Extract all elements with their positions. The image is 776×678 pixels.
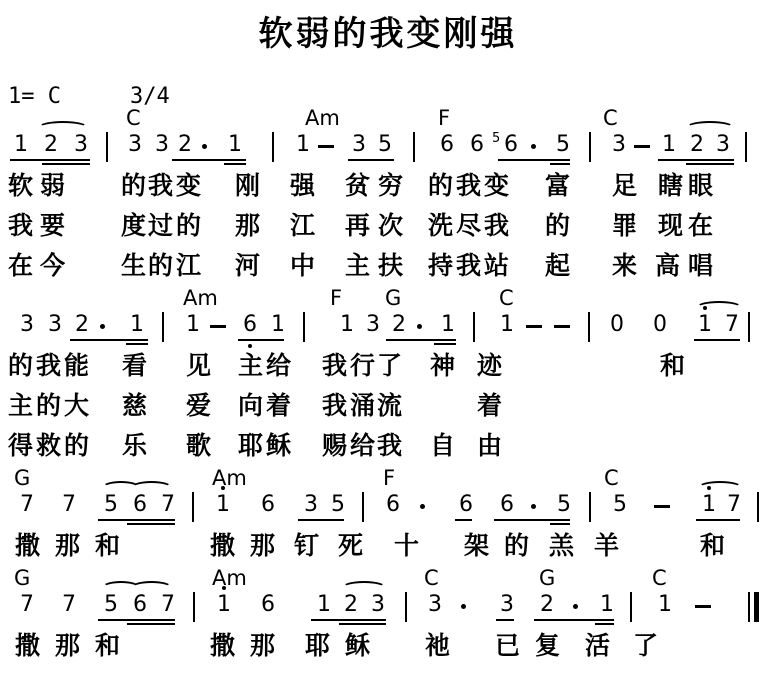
lyric-char: 那 — [55, 634, 80, 659]
lyric-char: 和 — [95, 634, 120, 659]
note-digit: 3 — [128, 134, 142, 156]
beam-underline — [339, 623, 386, 625]
note-digit: 1 — [340, 314, 354, 336]
note-digit: 1 — [228, 134, 242, 156]
lyric-char: 我 — [377, 434, 402, 459]
octave-dot-above — [221, 486, 225, 490]
note-digit: 6 — [261, 494, 275, 516]
chord-label: Am — [212, 468, 247, 489]
barline — [272, 132, 274, 162]
note-digit: 1 — [14, 134, 28, 156]
barline — [757, 492, 759, 522]
chord-label: F — [330, 288, 342, 309]
note-digit: 3 — [612, 134, 626, 156]
barline — [303, 312, 305, 342]
lyric-char: 我 — [456, 174, 481, 199]
beam-underline — [595, 623, 614, 625]
barline — [473, 312, 475, 342]
note-digit: 1 — [296, 134, 310, 156]
octave-dot-above — [222, 586, 226, 590]
chord-label: C — [126, 108, 141, 129]
lyric-char: 我 — [322, 394, 347, 419]
lyric-char: 那 — [235, 214, 260, 239]
note-digit: 5 — [557, 494, 571, 516]
lyric-char: 慈 — [122, 394, 147, 419]
beam-underline — [694, 339, 740, 341]
lyric-row-2: 主的大慈爱向着我涌流着 — [0, 388, 776, 428]
lyric-char: 稣 — [266, 434, 291, 459]
notation-row: 7756716356665517 — [0, 492, 776, 528]
note-digit: 6 — [500, 494, 514, 516]
note-digit: 3 — [74, 134, 88, 156]
note-digit: 5 — [104, 494, 118, 516]
lyric-char: 能 — [64, 354, 89, 379]
lyric-char: 软 — [8, 174, 33, 199]
note-digit: 5 — [378, 134, 392, 156]
duration-dot — [202, 144, 207, 149]
lyric-char: 钉 — [294, 534, 319, 559]
lyric-char: 涌 — [350, 394, 375, 419]
lyric-char: 十 — [394, 534, 419, 559]
lyric-char: 我 — [484, 214, 509, 239]
lyric-char: 给 — [266, 354, 291, 379]
lyric-char: 变 — [484, 174, 509, 199]
note-digit: 0 — [610, 314, 624, 336]
barline — [106, 132, 108, 162]
note-digit: 1 — [441, 314, 455, 336]
note-digit: 6 — [386, 494, 400, 516]
lyric-char: 洗 — [428, 214, 453, 239]
beam-underline — [42, 163, 90, 165]
chord-label: Am — [212, 568, 247, 589]
lyric-char: 的 — [36, 394, 61, 419]
lyric-char: 了 — [377, 354, 402, 379]
sustain-dash — [526, 325, 542, 328]
note-digit: 2 — [178, 134, 192, 156]
note-digit: 1 — [217, 594, 231, 616]
lyric-char: 站 — [484, 254, 509, 279]
chord-row: CAmFC — [0, 108, 776, 132]
barline — [589, 492, 591, 522]
lyric-char: 爱 — [186, 394, 211, 419]
note-digit: 3 — [48, 314, 62, 336]
beam-underline — [10, 159, 90, 161]
note-digit: 6 — [504, 134, 518, 156]
note-digit: 2 — [75, 314, 89, 336]
chord-label: C — [603, 108, 618, 129]
lyric-char: 贫 — [345, 174, 370, 199]
lyric-char: 的 — [545, 214, 570, 239]
lyric-char: 向 — [238, 394, 263, 419]
duration-dot — [100, 324, 105, 329]
lyric-char: 主 — [8, 394, 33, 419]
beam-underline — [455, 519, 472, 521]
barline — [745, 132, 747, 162]
note-digit: 1 — [600, 594, 614, 616]
lyric-char: 的 — [64, 434, 89, 459]
chord-label: Am — [305, 108, 340, 129]
lyric-char: 河 — [235, 254, 260, 279]
lyric-char: 死 — [338, 534, 363, 559]
lyric-char: 主 — [238, 354, 263, 379]
sustain-dash — [554, 325, 570, 328]
final-barline-thick — [754, 592, 759, 622]
lyric-char: 江 — [176, 254, 201, 279]
lyric-char: 撒 — [15, 534, 40, 559]
lyric-char: 赐 — [322, 434, 347, 459]
note-digit: 1 — [317, 594, 331, 616]
lyric-row-1: 的我能看见主给我行了神迹和 — [0, 348, 776, 388]
chord-label: G — [385, 288, 401, 309]
note-digit: 7 — [62, 494, 76, 516]
lyric-char: 的 — [428, 174, 453, 199]
chord-label: G — [14, 568, 30, 589]
chord-label: C — [652, 568, 667, 589]
sustain-dash — [318, 145, 334, 148]
sustain-dash — [210, 325, 226, 328]
lyric-char: 眼 — [688, 174, 713, 199]
lyric-char: 我 — [8, 214, 33, 239]
lyric-char: 那 — [250, 634, 275, 659]
system-1: CAmFC1233321135665653123软弱的我变刚强贫穷的我变富足瞎眼… — [0, 108, 776, 288]
lyric-char: 罪 — [612, 214, 637, 239]
lyric-char: 和 — [700, 534, 725, 559]
note-digit: 7 — [725, 314, 739, 336]
duration-dot — [573, 604, 578, 609]
lyric-char: 神 — [430, 354, 455, 379]
grace-note-digit: 5 — [492, 132, 500, 145]
note-digit: 1 — [216, 494, 230, 516]
lyric-char: 耶 — [238, 434, 263, 459]
note-digit: 1 — [702, 494, 716, 516]
beam-underline — [494, 519, 570, 521]
beam-underline — [348, 159, 394, 161]
lyric-char: 高 — [655, 254, 680, 279]
lyric-row-2: 我要度过的那江再次洗尽我的罪现在 — [0, 208, 776, 248]
note-digit: 6 — [470, 134, 484, 156]
beam-underline — [224, 163, 246, 165]
lyric-char: 大 — [64, 394, 89, 419]
note-digit: 3 — [716, 134, 730, 156]
beam-underline — [298, 519, 344, 521]
note-digit: 1 — [698, 314, 712, 336]
sheet-music-page: 软弱的我变刚强 1= C 3/4 CAmFC123332113566565312… — [0, 0, 776, 678]
lyric-char: 来 — [612, 254, 637, 279]
note-digit: 3 — [20, 314, 34, 336]
note-digit: 3 — [366, 314, 380, 336]
lyric-row-3: 在今生的江河中主扶持我站起来高唱 — [0, 248, 776, 288]
lyric-char: 架 — [464, 534, 489, 559]
lyric-char: 江 — [290, 214, 315, 239]
lyric-char: 中 — [290, 254, 315, 279]
lyric-char: 耶 — [305, 634, 330, 659]
lyric-char: 见 — [186, 354, 211, 379]
note-digit: 3 — [352, 134, 366, 156]
lyric-char: 我 — [322, 354, 347, 379]
note-digit: 3 — [155, 134, 169, 156]
note-digit: 5 — [104, 594, 118, 616]
lyric-char: 给 — [350, 434, 375, 459]
lyric-char: 主 — [345, 254, 370, 279]
note-digit: 2 — [392, 314, 406, 336]
beam-underline — [550, 163, 570, 165]
barline — [362, 492, 364, 522]
chord-label: G — [14, 468, 30, 489]
lyric-char: 今 — [40, 254, 65, 279]
beam-underline — [386, 339, 456, 341]
notation-row: 775671612333211 — [0, 592, 776, 628]
lyric-char: 羊 — [594, 534, 619, 559]
lyric-char: 着 — [266, 394, 291, 419]
beam-underline — [534, 619, 614, 621]
lyric-char: 唱 — [688, 254, 713, 279]
note-digit: 3 — [371, 594, 385, 616]
octave-dot-above — [703, 306, 707, 310]
lyric-char: 稣 — [345, 634, 370, 659]
lyric-char: 了 — [633, 634, 658, 659]
lyric-char: 再 — [345, 214, 370, 239]
note-digit: 7 — [161, 494, 175, 516]
chord-label: C — [604, 468, 619, 489]
lyric-char: 祂 — [425, 634, 450, 659]
lyric-char: 看 — [122, 354, 147, 379]
duration-dot — [531, 144, 536, 149]
note-digit: 7 — [62, 594, 76, 616]
note-digit: 7 — [727, 494, 741, 516]
duration-dot — [417, 324, 422, 329]
barline — [413, 132, 415, 162]
lyric-char: 生 — [121, 254, 146, 279]
lyric-char: 富 — [545, 174, 570, 199]
lyric-char: 那 — [55, 534, 80, 559]
note-digit: 7 — [20, 594, 34, 616]
lyric-char: 自 — [430, 434, 455, 459]
note-digit: 3 — [428, 594, 442, 616]
lyric-char: 我 — [148, 174, 173, 199]
beam-underline — [696, 519, 740, 521]
lyric-char: 歌 — [186, 434, 211, 459]
note-digit: 1 — [186, 314, 200, 336]
sustain-dash — [654, 505, 670, 508]
notation-row: 1233321135665653123 — [0, 132, 776, 168]
note-digit: 0 — [653, 314, 667, 336]
beam-underline — [127, 623, 175, 625]
barline — [748, 312, 750, 342]
note-digit: 7 — [161, 594, 175, 616]
lyric-char: 复 — [535, 634, 560, 659]
chord-label: C — [499, 288, 514, 309]
chord-label: F — [383, 468, 395, 489]
lyric-char: 我 — [456, 254, 481, 279]
lyric-char: 次 — [378, 214, 403, 239]
lyric-char: 救 — [36, 434, 61, 459]
barline — [192, 492, 194, 522]
lyric-row-1: 撒那和撒那耶稣祂已复活了 — [0, 628, 776, 668]
lyric-char: 尽 — [456, 214, 481, 239]
note-digit: 2 — [44, 134, 58, 156]
beam-underline — [434, 343, 456, 345]
note-digit: 3 — [500, 594, 514, 616]
beam-underline — [127, 523, 175, 525]
note-digit: 6 — [261, 594, 275, 616]
beam-underline — [496, 619, 514, 621]
chord-label: F — [438, 108, 450, 129]
score: CAmFC1233321135665653123软弱的我变刚强贫穷的我变富足瞎眼… — [0, 108, 776, 668]
beam-underline — [98, 619, 175, 621]
octave-dot-above — [707, 486, 711, 490]
song-title: 软弱的我变刚强 — [0, 6, 776, 55]
lyric-char: 的 — [504, 534, 529, 559]
lyric-char: 由 — [477, 434, 502, 459]
chord-label: Am — [183, 288, 218, 309]
beam-underline — [686, 163, 734, 165]
barline — [193, 592, 195, 622]
lyric-char: 得 — [8, 434, 33, 459]
note-digit: 1 — [500, 314, 514, 336]
lyric-char: 的 — [121, 174, 146, 199]
lyric-char: 已 — [495, 634, 520, 659]
note-digit: 5 — [556, 134, 570, 156]
duration-dot — [420, 504, 425, 509]
lyric-char: 穷 — [378, 174, 403, 199]
lyric-char: 现 — [658, 214, 683, 239]
lyric-char: 撒 — [210, 534, 235, 559]
lyric-char: 扶 — [378, 254, 403, 279]
lyric-char: 在 — [8, 254, 33, 279]
note-digit: 6 — [243, 314, 257, 336]
note-digit: 5 — [331, 494, 345, 516]
lyric-char: 撒 — [15, 634, 40, 659]
note-digit: 5 — [613, 494, 627, 516]
lyric-char: 瞎 — [658, 174, 683, 199]
final-barline-thin — [748, 592, 750, 622]
lyric-char: 在 — [688, 214, 713, 239]
lyric-char: 着 — [477, 394, 502, 419]
key-signature: 1= C — [8, 84, 61, 109]
note-digit: 6 — [133, 494, 147, 516]
lyric-char: 的 — [176, 214, 201, 239]
lyric-char: 变 — [176, 174, 201, 199]
lyric-char: 我 — [36, 354, 61, 379]
duration-dot — [531, 504, 536, 509]
note-digit: 7 — [20, 494, 34, 516]
note-digit: 6 — [440, 134, 454, 156]
lyric-char: 乐 — [122, 434, 147, 459]
beam-underline — [98, 519, 175, 521]
note-digit: 1 — [658, 594, 672, 616]
lyric-char: 活 — [585, 634, 610, 659]
system-3: GAmFC7756716356665517撒那和撒那钉死十架的羔羊和 — [0, 468, 776, 568]
lyric-char: 和 — [95, 534, 120, 559]
beam-underline — [172, 159, 246, 161]
lyric-char: 强 — [290, 174, 315, 199]
lyric-char: 迹 — [477, 354, 502, 379]
beam-underline — [126, 343, 148, 345]
lyric-char: 要 — [40, 214, 65, 239]
lyric-char: 那 — [250, 534, 275, 559]
lyric-char: 的 — [148, 254, 173, 279]
lyric-char: 弱 — [40, 174, 65, 199]
duration-dot — [461, 604, 466, 609]
barline — [630, 592, 632, 622]
chord-label: G — [539, 568, 555, 589]
barline — [588, 312, 590, 342]
lyric-char: 行 — [350, 354, 375, 379]
sustain-dash — [695, 605, 711, 608]
chord-label: C — [424, 568, 439, 589]
lyric-char: 羔 — [549, 534, 574, 559]
note-digit: 3 — [304, 494, 318, 516]
note-digit: 1 — [271, 314, 285, 336]
beam-underline — [238, 339, 284, 341]
note-digit: 2 — [690, 134, 704, 156]
system-2: AmFGC3321161132110017的我能看见主给我行了神迹和主的大慈爱向… — [0, 288, 776, 468]
lyric-char: 刚 — [235, 174, 260, 199]
lyric-char: 和 — [660, 354, 685, 379]
lyric-char: 持 — [428, 254, 453, 279]
note-digit: 6 — [459, 494, 473, 516]
beam-underline — [658, 159, 734, 161]
lyric-char: 的 — [8, 354, 33, 379]
barline — [405, 592, 407, 622]
beam-underline — [70, 339, 148, 341]
lyric-char: 流 — [377, 394, 402, 419]
note-digit: 2 — [344, 594, 358, 616]
chord-row: AmFGC — [0, 288, 776, 312]
note-digit: 2 — [540, 594, 554, 616]
lyric-char: 撒 — [210, 634, 235, 659]
lyric-char: 过 — [148, 214, 173, 239]
lyric-char: 度 — [121, 214, 146, 239]
lyric-row-1: 撒那和撒那钉死十架的羔羊和 — [0, 528, 776, 568]
barline — [589, 132, 591, 162]
beam-underline — [311, 619, 386, 621]
lyric-char: 起 — [545, 254, 570, 279]
note-digit: 1 — [130, 314, 144, 336]
note-digit: 6 — [133, 594, 147, 616]
beam-underline — [498, 159, 570, 161]
lyric-row-1: 软弱的我变刚强贫穷的我变富足瞎眼 — [0, 168, 776, 208]
system-4: GAmCGC775671612333211撒那和撒那耶稣祂已复活了 — [0, 568, 776, 668]
lyric-char: 足 — [612, 174, 637, 199]
lyric-row-3: 得救的乐歌耶稣赐给我自由 — [0, 428, 776, 468]
barline — [162, 312, 164, 342]
note-digit: 1 — [662, 134, 676, 156]
beam-underline — [550, 523, 570, 525]
sustain-dash — [634, 145, 650, 148]
notation-row: 3321161132110017 — [0, 312, 776, 348]
